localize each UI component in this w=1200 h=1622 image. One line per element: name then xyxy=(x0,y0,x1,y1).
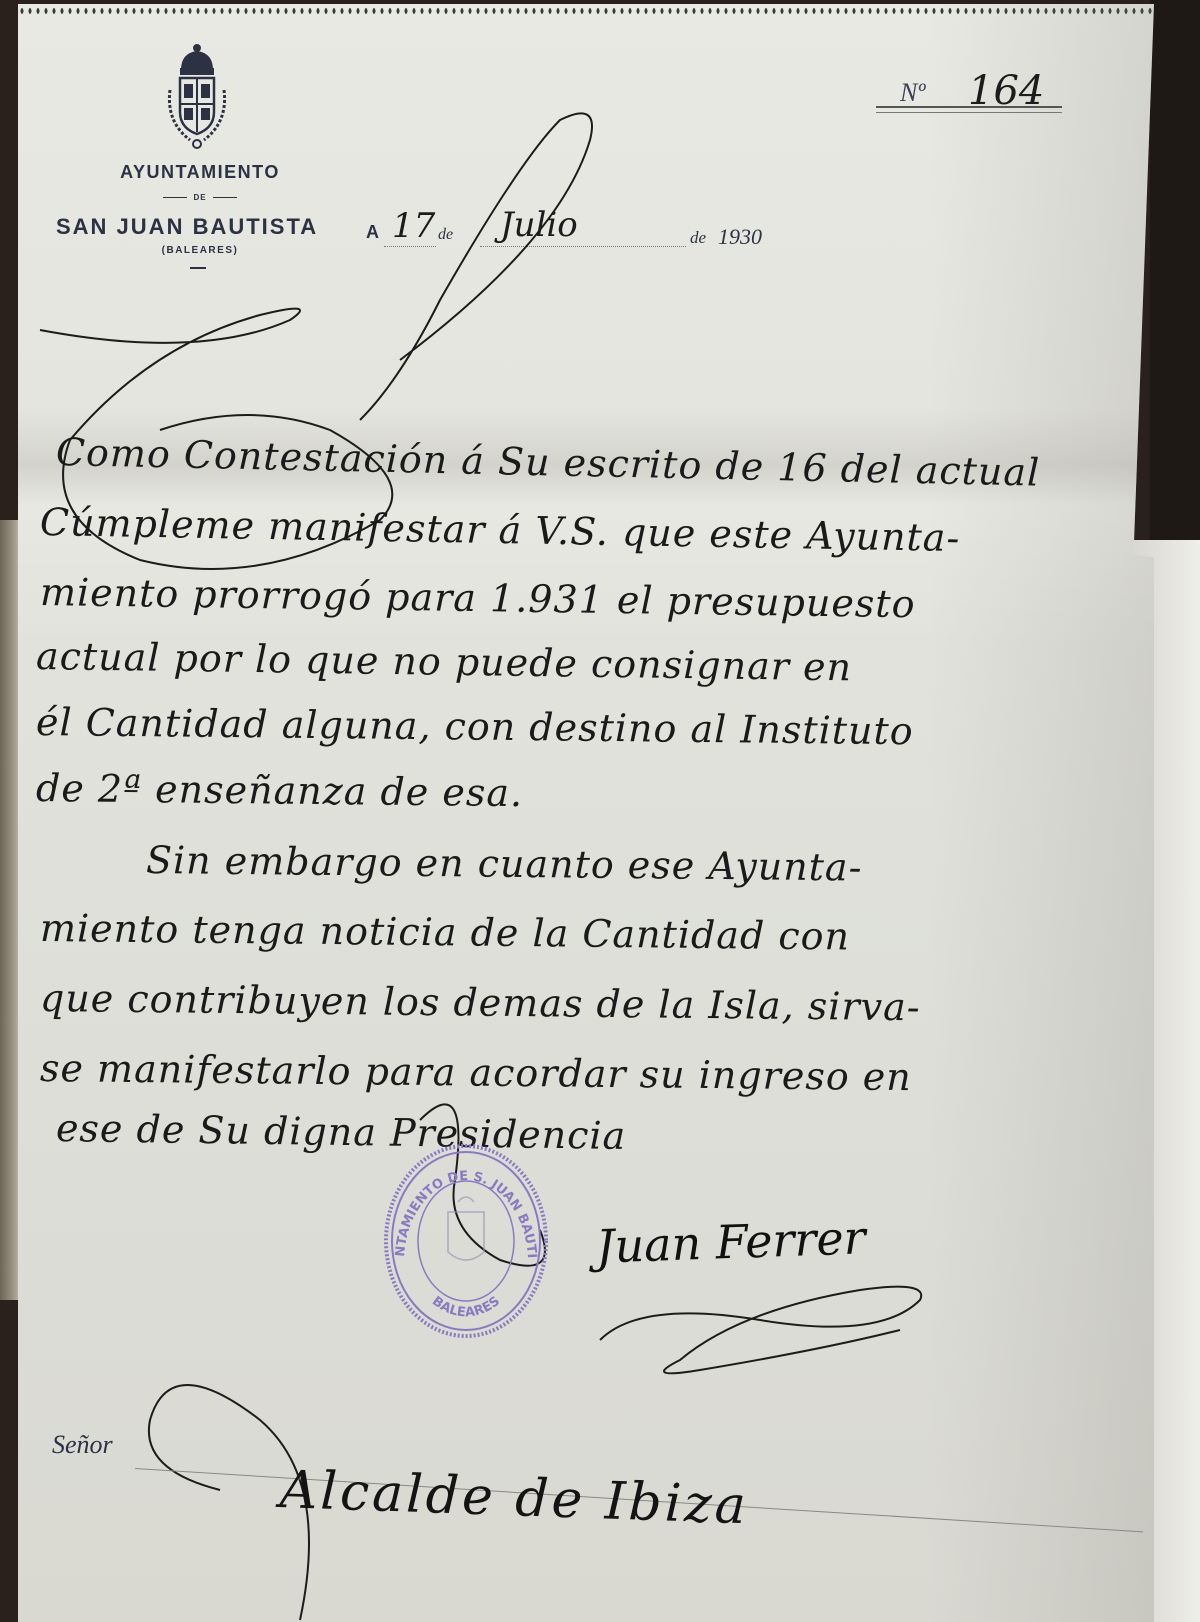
date-month: Julio xyxy=(500,205,578,245)
background-dark-surface xyxy=(1150,0,1200,540)
date-year: 1930 xyxy=(718,224,762,250)
letterhead-institution: AYUNTAMIENTO xyxy=(75,162,325,183)
date-prefix: A xyxy=(366,222,379,243)
royal-coat-of-arms-icon xyxy=(162,42,232,152)
signature: Juan Ferrer xyxy=(595,1210,866,1273)
reference-number-underline xyxy=(876,106,1062,113)
body-line-10: se manifestarlo para acordar su ingreso … xyxy=(40,1046,912,1099)
body-line-9: que contribuyen los demas de la Isla, si… xyxy=(40,976,921,1029)
body-line-6: de 2ª enseñanza de esa. xyxy=(36,766,524,815)
date-day: 17 xyxy=(392,206,435,246)
date-de-1: de xyxy=(438,226,453,244)
official-seal-stamp: AYUNTAMIENTO DE S. JUAN BAUTISTA BALEARE… xyxy=(382,1142,550,1340)
letterhead-place: SAN JUAN BAUTISTA xyxy=(56,214,376,240)
date-month-dotline xyxy=(480,246,686,247)
body-line-5: él Cantidad alguna, con destino al Insti… xyxy=(36,700,914,753)
reference-number-label: Nº xyxy=(900,78,925,108)
body-line-8: miento tenga noticia de la Cantidad con xyxy=(40,906,850,958)
body-line-7: Sin embargo en cuanto ese Ayunta- xyxy=(146,838,863,890)
perforated-edge xyxy=(18,8,1154,14)
date-de-2: de xyxy=(690,228,706,248)
date-day-dotline xyxy=(384,246,436,247)
letterhead-connector: DE xyxy=(75,193,325,202)
letterhead-region: (BALEARES) xyxy=(75,245,325,256)
stamp-text-bottom: BALEARES xyxy=(429,1294,503,1321)
addressee-label: Señor xyxy=(52,1430,113,1460)
letterhead-divider xyxy=(190,267,206,269)
